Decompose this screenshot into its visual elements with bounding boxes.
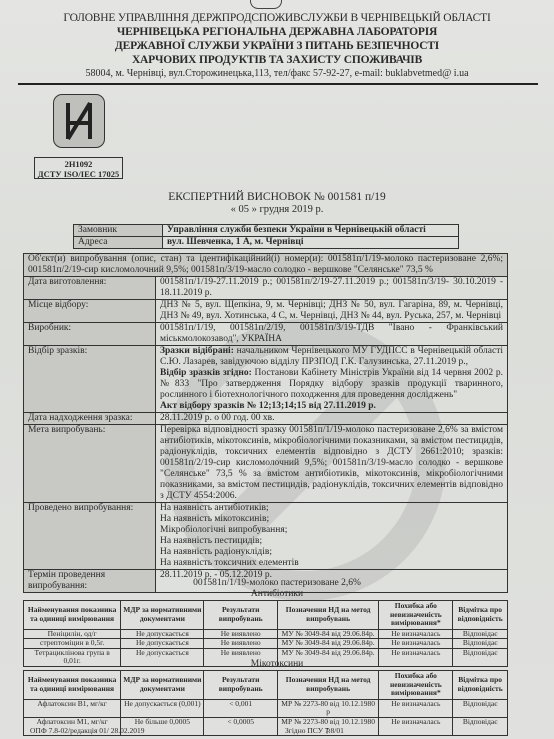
list-item: На наявність антибіотиків; bbox=[160, 503, 503, 514]
manufacturer-value: 001581п/1/19, 001581п/2/19, 001581п/3/19… bbox=[156, 323, 508, 346]
table-row: Замовник Управління служби безпеки Украї… bbox=[74, 225, 459, 237]
table-cell: Відповідає bbox=[453, 639, 508, 649]
col-result: Результати випробувань bbox=[204, 671, 277, 700]
tests-label: Проведено випробування: bbox=[24, 503, 156, 570]
col-result: Результати випробувань bbox=[204, 601, 277, 630]
receipt-label: Дата надходження зразка: bbox=[24, 413, 156, 425]
table-row: стрептоміцин в 0,5г.Не допускаєтьсяНе ви… bbox=[24, 639, 508, 649]
accreditation-box: 2Н1092 ДСТУ ISO/IEC 17025 bbox=[34, 157, 123, 179]
manufacture-date-value: 001581п/1/19-27.11.2019 р.; 001581п/2/19… bbox=[156, 277, 508, 300]
document-page: ГОЛОВНЕ УПРАВЛІННЯ ДЕРЖПРОДСПОЖИВСЛУЖБИ … bbox=[0, 0, 554, 739]
sampling-label: Відбір зразків: bbox=[24, 346, 156, 413]
according-label: Відбір зразків згідно: bbox=[160, 368, 252, 378]
sampling-place-label: Місце відбору: bbox=[24, 300, 156, 323]
table-header-row: Найменування показника та одиниці вимірю… bbox=[24, 671, 508, 700]
table-cell: Не визначалась bbox=[379, 699, 453, 717]
customer-label: Замовник bbox=[74, 225, 163, 237]
test-object: Об'єкт(и) випробування (опис, стан) та і… bbox=[24, 254, 508, 277]
table-cell: Не допускається (0,001) bbox=[121, 699, 204, 717]
col-uncertainty: Похибка або невизначеність вимірювання* bbox=[379, 601, 453, 630]
antibiotics-table: Найменування показника та одиниці вимірю… bbox=[23, 600, 508, 667]
table-row: Відбір зразків: Зразки відібрані: началь… bbox=[24, 346, 508, 413]
col-mdr: МДР за нормативними документами bbox=[121, 601, 204, 630]
table-row: Виробник: 001581п/1/19, 001581п/2/19, 00… bbox=[24, 323, 508, 346]
col-compliance: Відмітка про відповідність bbox=[453, 601, 508, 630]
table-header-row: Найменування показника та одиниці вимірю… bbox=[24, 601, 508, 630]
details-table: Об'єкт(и) випробування (опис, стан) та і… bbox=[23, 253, 508, 593]
table-row: Мета випробувань: Перевірка відповідност… bbox=[24, 425, 508, 503]
col-mdr: МДР за нормативними документами bbox=[121, 671, 204, 700]
table-cell: < 0,001 bbox=[204, 699, 277, 717]
mycotoxins-title: Мікотоксини bbox=[0, 659, 554, 669]
antibiotics-title: Антибіотики bbox=[0, 589, 554, 599]
table-cell: Афлатоксин В1, мг/кг bbox=[24, 699, 121, 717]
table-row: Проведено випробування: На наявність ант… bbox=[24, 503, 508, 570]
table-cell: Відповідає bbox=[453, 717, 508, 735]
header-service: ДЕРЖАВНОЇ СЛУЖБИ УКРАЇНИ З ПИТАНЬ БЕЗПЕЧ… bbox=[0, 40, 554, 52]
footer-form: ОПФ 7.8-02/редакція 01/ 28.02.2019 bbox=[30, 726, 145, 735]
list-item: На наявність мікотоксинів; bbox=[160, 514, 503, 525]
header-service-2: ХАРЧОВИХ ПРОДУКТІВ ТА ЗАХИСТУ СПОЖИВАЧІВ bbox=[0, 54, 554, 66]
table-cell: Не визначалась bbox=[379, 717, 453, 735]
table-row: Афлатоксин В1, мг/кгНе допускається (0,0… bbox=[24, 699, 508, 717]
list-item: Мікробіологічні випробування; bbox=[160, 525, 503, 536]
purpose-value: Перевірка відповідності зразку 001581п/1… bbox=[156, 425, 508, 503]
sampling-act: Акт відбору зразків № 12;13;14;15 від 27… bbox=[160, 401, 376, 411]
manufacturer-label: Виробник: bbox=[24, 323, 156, 346]
table-row: Дата виготовлення: 001581п/1/19-27.11.20… bbox=[24, 277, 508, 300]
table-cell: < 0,0005 bbox=[204, 717, 277, 735]
document-title: ЕКСПЕРТНИЙ ВИСНОВОК № 001581 п/19 bbox=[0, 191, 554, 203]
address-label: Адреса bbox=[74, 237, 163, 249]
table-row: Об'єкт(и) випробування (опис, стан) та і… bbox=[24, 254, 508, 277]
col-method: Позначення НД на метод випробувань bbox=[277, 671, 379, 700]
table-row: Дата надходження зразка: 28.11.2019 р. о… bbox=[24, 413, 508, 425]
footer-note: Згідно ПСУ 7.8/01 bbox=[285, 726, 344, 735]
customer-value: Управління служби безпеки України в Черн… bbox=[163, 225, 459, 237]
list-item: На наявність радіонуклідів; bbox=[160, 547, 503, 558]
col-uncertainty: Похибка або невизначеність вимірювання* bbox=[379, 671, 453, 700]
table-cell: МР № 2273-80 від 10.12.1980 р bbox=[277, 699, 379, 717]
purpose-label: Мета випробувань: bbox=[24, 425, 156, 503]
col-indicator: Найменування показника та одиниці вимірю… bbox=[24, 601, 121, 630]
sampling-place-value: ДНЗ № 5, вул. Щепкіна, 9, м. Чернівці; Д… bbox=[156, 300, 508, 323]
header-agency: ГОЛОВНЕ УПРАВЛІННЯ ДЕРЖПРОДСПОЖИВСЛУЖБИ … bbox=[0, 12, 554, 24]
header-lab: ЧЕРНІВЕЦЬКА РЕГІОНАЛЬНА ДЕРЖАВНА ЛАБОРАТ… bbox=[0, 26, 554, 38]
table-cell: стрептоміцин в 0,5г. bbox=[24, 639, 121, 649]
customer-table: Замовник Управління служби безпеки Украї… bbox=[73, 224, 459, 249]
table-row: Місце відбору: ДНЗ № 5, вул. Щепкіна, 9,… bbox=[24, 300, 508, 323]
sampling-value: Зразки відібрані: начальником Чернівецьк… bbox=[156, 346, 508, 413]
list-item: На наявність токсичних елементів bbox=[160, 558, 503, 569]
table-cell: МУ № 3049-84 від 29.06.84р. bbox=[277, 639, 379, 649]
col-compliance: Відмітка про відповідність bbox=[453, 671, 508, 700]
address-value: вул. Шевченка, 1 А, м. Чернівці bbox=[163, 237, 459, 249]
table-cell: Не визначалась bbox=[379, 639, 453, 649]
document-date: « 05 » грудня 2019 р. bbox=[0, 204, 554, 215]
lab-logo-icon bbox=[53, 94, 105, 148]
accreditation-standard: ДСТУ ISO/IEC 17025 bbox=[35, 169, 122, 179]
manufacture-date-label: Дата виготовлення: bbox=[24, 277, 156, 300]
col-method: Позначення НД на метод випробувань bbox=[277, 601, 379, 630]
coat-of-arms-icon bbox=[250, 0, 282, 9]
tests-list: На наявність антибіотиків; На наявність … bbox=[156, 503, 508, 570]
col-indicator: Найменування показника та одиниці вимірю… bbox=[24, 671, 121, 700]
table-cell: Не виявлено bbox=[204, 639, 277, 649]
table-cell: Відповідає bbox=[453, 699, 508, 717]
accreditation-code: 2Н1092 bbox=[35, 159, 122, 169]
receipt-value: 28.11.2019 р. о 00 год. 00 хв. bbox=[156, 413, 508, 425]
table-cell: Не допускається bbox=[121, 639, 204, 649]
table-row: Адреса вул. Шевченка, 1 А, м. Чернівці bbox=[74, 237, 459, 249]
header-divider bbox=[18, 83, 538, 85]
sample-title: 001581п/1/19-молоко пастеризоване 2,6% bbox=[0, 578, 554, 588]
taken-by-label: Зразки відібрані: bbox=[160, 346, 234, 356]
header-address: 58004, м. Чернівці, вул.Сторожинецька,11… bbox=[0, 68, 554, 79]
list-item: На наявність пестицидів; bbox=[160, 536, 503, 547]
